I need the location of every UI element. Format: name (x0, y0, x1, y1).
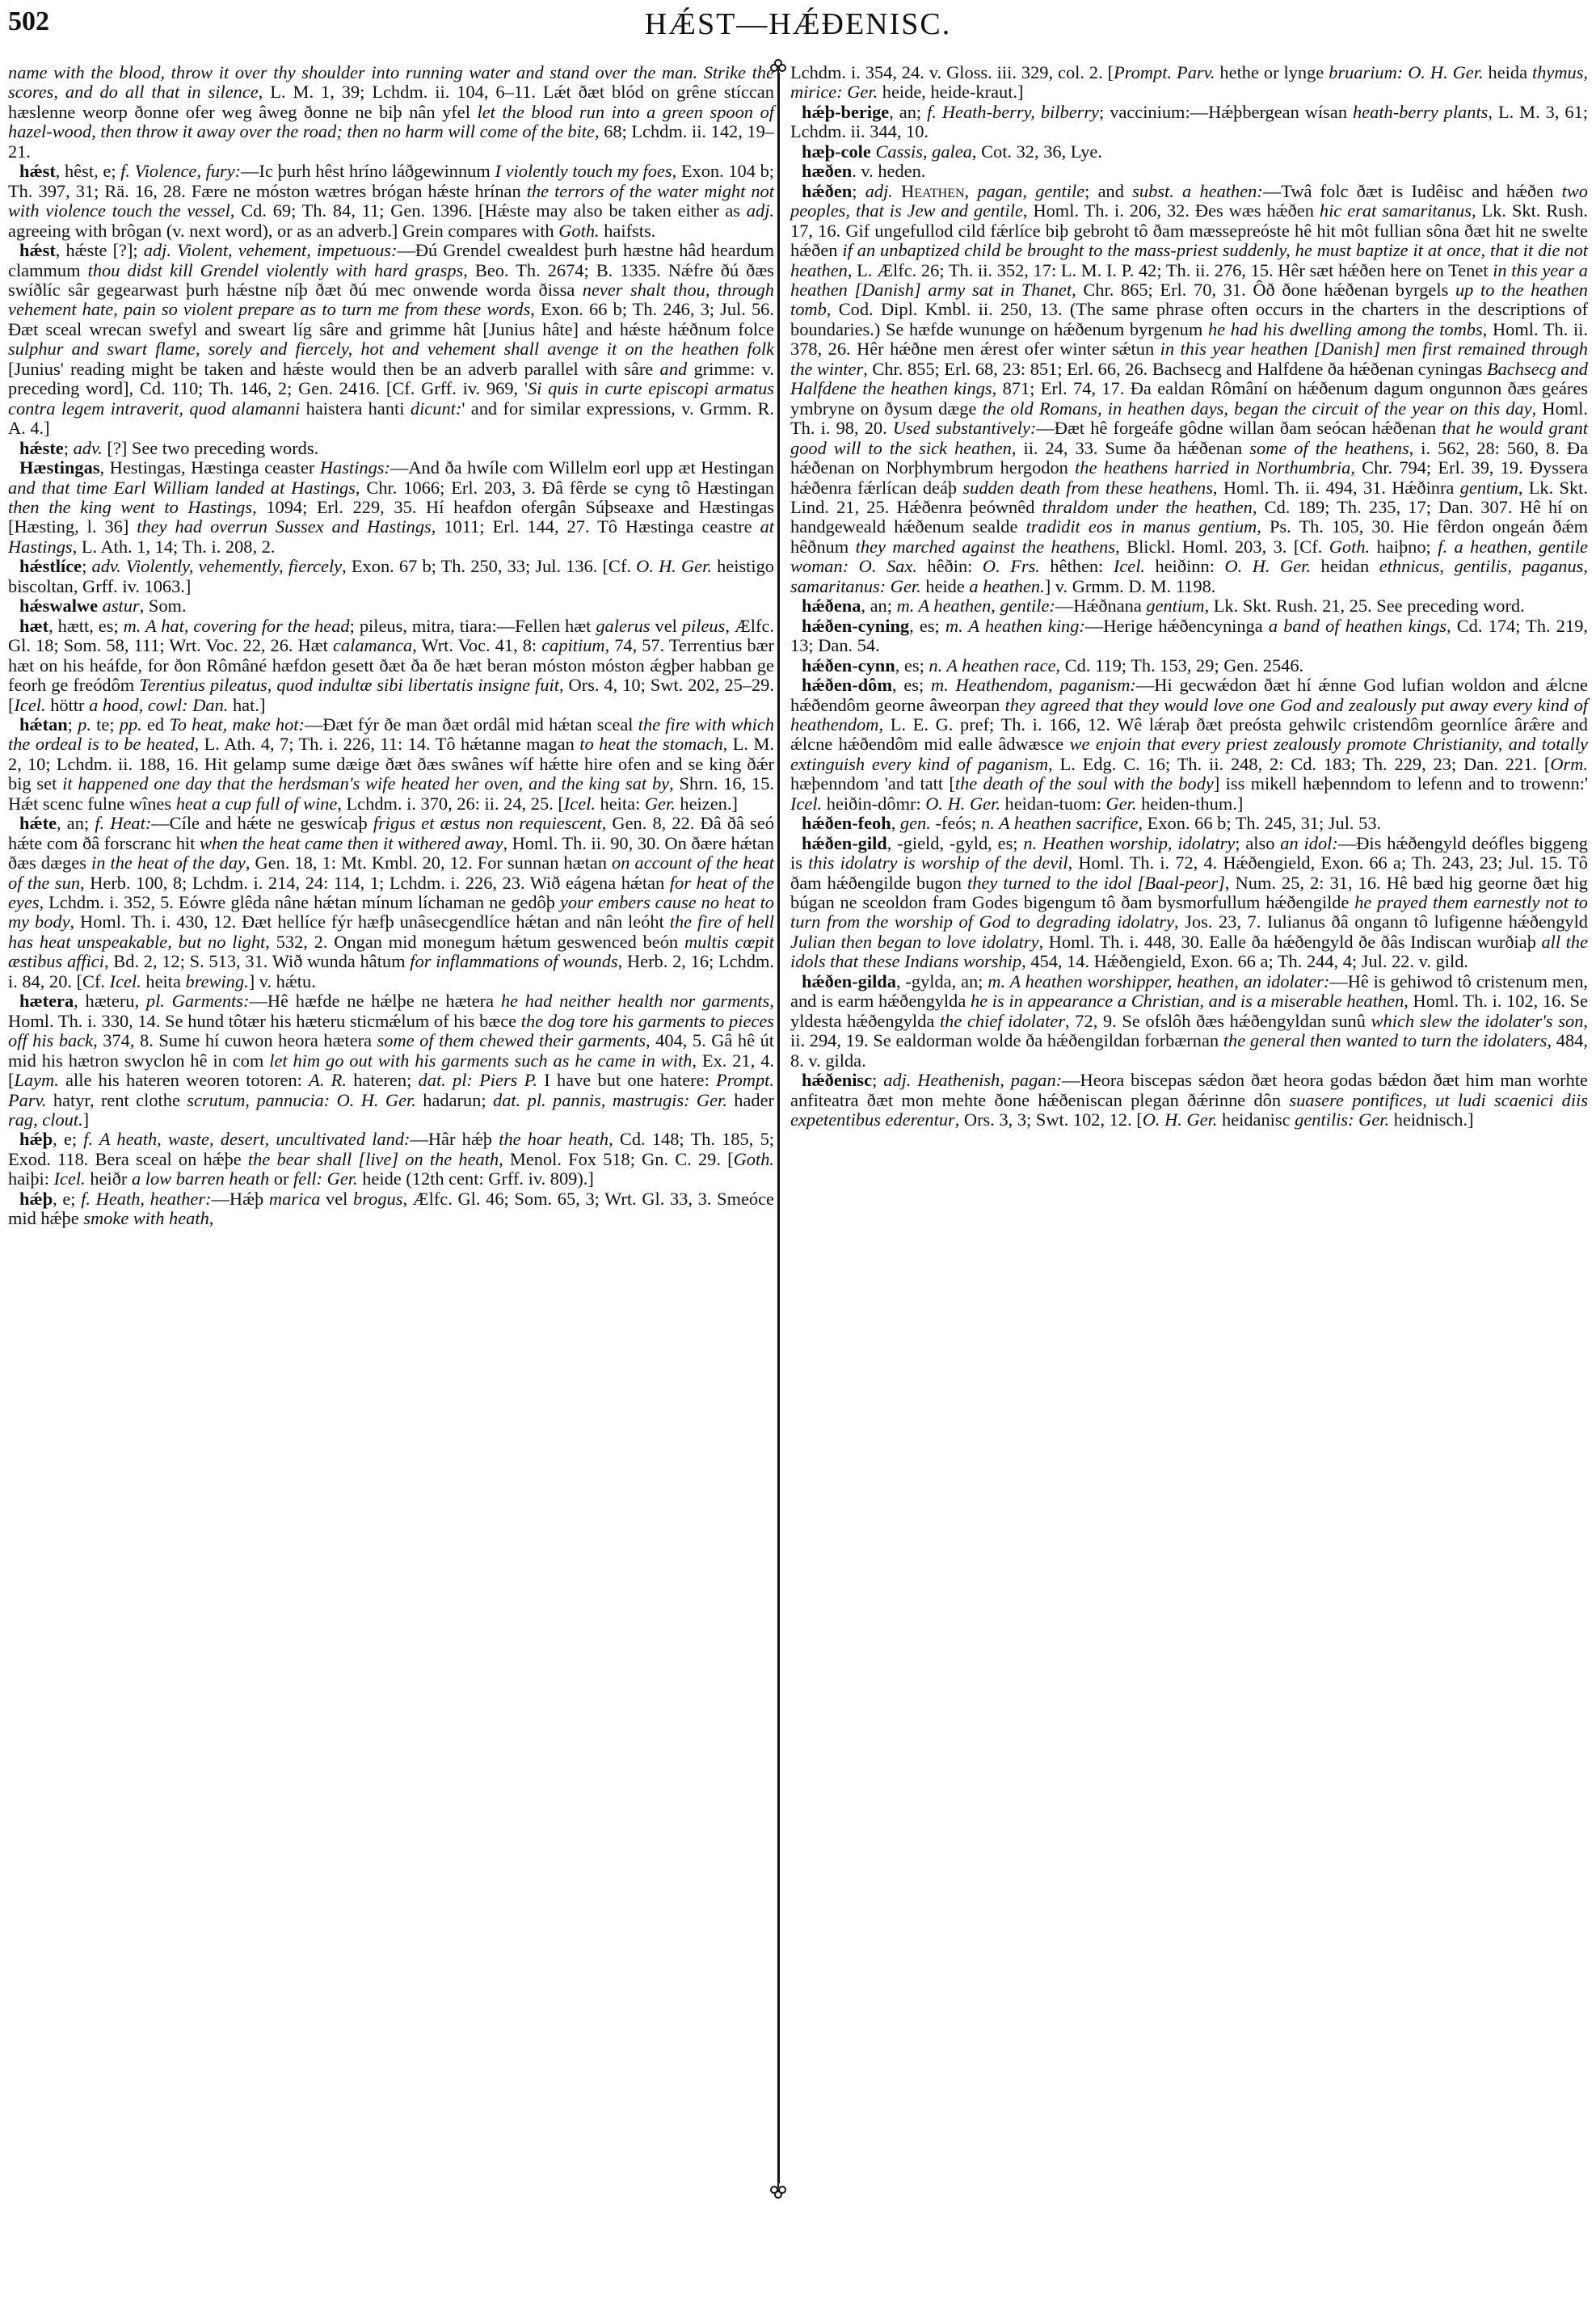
entry-text: ; also (1235, 833, 1280, 853)
gloss-italic: Julian then began to love idolatry (790, 932, 1039, 952)
headword: Hæstingas (19, 457, 100, 478)
entry-text: , Som. (140, 596, 187, 616)
headword: hǽðena (802, 596, 861, 616)
gloss-italic: some of them chewed their garments (377, 1030, 646, 1050)
gloss-italic: adv. Violently, vehemently, fiercely (92, 556, 343, 576)
gloss-italic: Icel. (14, 695, 45, 715)
gloss-italic: Hastings: (320, 457, 390, 478)
gloss-italic: the heathens harried in Northumbria (1075, 457, 1350, 478)
headword: hǽðen (802, 181, 852, 201)
entry-text: haistera hanti (300, 398, 411, 419)
entry-text: , es; (895, 655, 929, 676)
entry-text: ] (83, 1109, 89, 1130)
entry-text: hêðin: (917, 556, 983, 576)
gloss-italic: pagan, gentile (977, 181, 1084, 201)
gloss-italic: gentium (1146, 596, 1204, 616)
dictionary-entry: hǽst, hêst, e; f. Violence, fury:—Ic þur… (8, 162, 774, 241)
entry-text: , es; (892, 675, 931, 695)
gloss-italic: Icel. (110, 971, 141, 991)
gloss-italic: they marched against the heathens (856, 537, 1116, 557)
headword: hǽþ-berige (802, 102, 889, 122)
gloss-italic: to heat the stomach (579, 734, 722, 754)
gloss-italic: thou didst kill Grendel violently with h… (88, 260, 464, 280)
entry-text: , -gylda, an; (896, 971, 987, 991)
entry-text: —Herige hǽðencyninga (1085, 616, 1269, 636)
headword: hǽþ (19, 1189, 53, 1209)
gloss-italic: capitium (541, 635, 604, 655)
headword: hǽðen-feoh (802, 813, 891, 833)
entry-text: ; (82, 556, 91, 576)
gloss-italic: let him go out with his garments such as… (269, 1050, 692, 1071)
gloss-italic: Goth. (558, 221, 599, 241)
gloss-italic: pp. (120, 714, 142, 735)
column-divider (777, 73, 780, 2183)
entry-text: , Blickl. Homl. 203, 3. [Cf. (1115, 537, 1329, 557)
entry-text: heiden-thum.] (1136, 793, 1243, 814)
gloss-italic: Icel. (54, 1168, 86, 1189)
gloss-italic: a band of heathen kings (1269, 616, 1447, 636)
entry-text: hæþenndom 'and tatt [ (790, 773, 955, 793)
entry-text: , Menol. Fox 518; Gn. C. 29. [ (499, 1149, 733, 1169)
gloss-italic: the old Romans, in heathen days, began t… (983, 398, 1532, 419)
gloss-italic: smoke with heath (83, 1208, 208, 1228)
gloss-italic: I violently touch my foes (495, 161, 672, 181)
headword: hǽðen-gild (802, 833, 887, 853)
gloss-italic: dat. pl: Piers P. (419, 1070, 537, 1090)
gloss-italic: adj. (747, 200, 774, 221)
entry-text: heidan (1311, 556, 1379, 576)
entry-text: , Lchdm. i. 370, 26: ii. 24, 25. [ (337, 793, 563, 814)
entry-continuation: Lchdm. i. 354, 24. v. Gloss. iii. 329, c… (790, 63, 1588, 103)
headword: hæðen (802, 161, 852, 181)
gloss-italic: and (660, 359, 688, 379)
gloss-italic: O. H. Ger. (636, 556, 712, 576)
entry-text: ; (68, 714, 78, 735)
gloss-italic: sudden death from these heathens (962, 478, 1213, 498)
gloss-italic: adv. (74, 438, 103, 458)
gloss-italic: Icel. (790, 793, 822, 814)
left-column: name with the blood, throw it over thy s… (8, 63, 774, 1229)
gloss-italic: he is in appearance a Christian, and is … (971, 991, 1404, 1011)
gloss-italic: a hood, cowl: Dan. (89, 695, 228, 715)
gloss-italic: O. H. Ger. (1143, 1109, 1218, 1130)
entry-text: , e; (53, 1189, 81, 1209)
gloss-italic: O. H. Ger. (1224, 556, 1311, 576)
gloss-italic: m. A heathen, gentile: (897, 596, 1055, 616)
dictionary-entry: hǽðena, an; m. A heathen, gentile:—Hǽðna… (790, 596, 1588, 616)
entry-text: , Homl. Th. i. 206, 32. Ðes wæs hǽðen (1023, 200, 1320, 221)
gloss-italic: it happened one day that the herdsman's … (62, 773, 669, 793)
entry-text: or (269, 1168, 293, 1189)
entry-text: , Homl. Th. ii. 494, 31. Hǽðinra (1213, 478, 1460, 498)
entry-text: heiðr (86, 1168, 132, 1189)
dictionary-entry: hæðen. v. heden. (790, 162, 1588, 181)
entry-text: heide, heide-kraut.] (878, 82, 1023, 102)
entry-text: I have but one hatere: (537, 1070, 716, 1090)
entry-text: , (891, 813, 900, 833)
gloss-italic: some of the heathens (1249, 438, 1409, 458)
dictionary-entry: hæt, hætt, es; m. A hat, covering for th… (8, 617, 774, 715)
gloss-italic: he had neither health nor garments (501, 991, 770, 1011)
entry-text: , Hestingas, Hæstinga ceaster (100, 457, 320, 478)
headword: hæt (19, 616, 48, 636)
gloss-italic: for inflammations of wounds (410, 951, 617, 971)
entry-text: heizen.] (676, 793, 738, 814)
gloss-italic: scrutum, pannucia: O. H. Ger. (187, 1090, 416, 1110)
entry-text: ; pileus, mitra, tiara:—Fellen hæt (350, 616, 596, 636)
entry-text: vel (651, 616, 682, 636)
headword: hǽtan (19, 714, 68, 735)
entry-text: , es; (909, 616, 945, 636)
entry-text: , an; (861, 596, 896, 616)
entry-text: heide (921, 576, 970, 596)
gloss-italic: gentilis: Ger. (1295, 1109, 1389, 1130)
entry-text: , 72, 9. Se ofslôh ðæs hǽðengyldan sunû (1065, 1011, 1371, 1031)
gloss-italic: A. R. (309, 1070, 347, 1090)
entry-text: , L. Ath. 1, 14; Th. i. 208, 2. (73, 537, 276, 557)
entry-text: , (209, 1208, 214, 1228)
entry-text: , hætt, es; (48, 616, 124, 636)
entry-text: ; (872, 1070, 883, 1090)
entry-text: , -gield, -gyld, es; (887, 833, 1024, 853)
gloss-italic: m. Heathendom, paganism: (931, 675, 1136, 695)
entry-text: hader (727, 1090, 774, 1110)
entry-text: , Chr. 855; Erl. 68, 23: 851; Erl. 66, 2… (863, 359, 1487, 379)
entry-text: heita: (596, 793, 645, 814)
headword: hǽðenisc (802, 1070, 872, 1090)
entry-text: ] v. hǽtu. (249, 971, 316, 991)
headword: hǽðen-cyning (802, 616, 909, 636)
gloss-italic: then the king went to Hastings (8, 497, 252, 517)
gloss-italic: O. H. Ger. (925, 793, 1000, 814)
gloss-italic: gen. (900, 813, 931, 833)
dictionary-entry: hǽtan; p. te; pp. ed To heat, make hot:—… (8, 715, 774, 814)
gloss-italic: To heat, make hot: (169, 714, 305, 735)
entry-text: Lchdm. i. 354, 24. v. Gloss. iii. 329, c… (790, 62, 1114, 82)
entry-text: —Cíle and hǽte ne geswícaþ (151, 813, 373, 833)
entry-text: , Exon. 67 b; Th. 250, 33; Jul. 136. [Cf… (342, 556, 636, 576)
entry-text: haifsts. (600, 221, 656, 241)
entry-text: , 374, 8. Sume hí cuwon heora hætera (93, 1030, 377, 1050)
entry-text: ed (142, 714, 170, 735)
gloss-italic: marica (269, 1189, 320, 1209)
dictionary-entry: hǽst, hǽste [?]; adj. Violent, vehement,… (8, 241, 774, 439)
gloss-italic: hic erat samaritanus (1320, 200, 1472, 221)
small-caps-text: Heathen (901, 181, 964, 201)
entry-text: [Junius' reading might be taken and hǽst… (8, 359, 660, 379)
headword: hǽst (19, 240, 56, 260)
dictionary-entry: hæþ-cole Cassis, galea, Cot. 32, 36, Lye… (790, 142, 1588, 162)
gloss-italic: Goth. (734, 1149, 774, 1169)
entry-text: , an; (57, 813, 95, 833)
gloss-italic: fell: Ger. (293, 1168, 358, 1189)
gloss-italic: tradidit eos in manus gentium (1026, 516, 1257, 537)
headword: hǽte (19, 813, 57, 833)
entry-text: , hêst, e; (56, 161, 120, 181)
entry-text: , hǽste [?]; (56, 240, 144, 260)
entry-text: , hæteru, (74, 991, 146, 1011)
entry-text: , an; (889, 102, 927, 122)
dictionary-entry: hǽðen; adj. Heathen, pagan, gentile; and… (790, 182, 1588, 597)
entry-text: ; vaccinium:—Hǽþbergean wísan (1099, 102, 1353, 122)
gloss-italic: n. A heathen race (929, 655, 1055, 676)
dictionary-entry: hǽþ, e; f. A heath, waste, desert, uncul… (8, 1130, 774, 1189)
entry-text: —Ðæt fýr ðe man ðæt ordâl mid hǽtan scea… (305, 714, 638, 735)
trefoil-ornament-icon (769, 2182, 787, 2199)
headword: hǽste (19, 438, 64, 458)
entry-text: höttr (46, 695, 89, 715)
entry-text: —Ic þurh hêst hríno láðgewinnum (241, 161, 495, 181)
entry-text: heide (12th cent: Grff. iv. 809).] (358, 1168, 594, 1189)
entry-text: , Chr. 865; Erl. 70, 31. Ôð ðone hǽðenan… (1072, 280, 1455, 300)
gloss-italic: in the heat of the day (91, 852, 246, 873)
dictionary-entry: hǽþ, e; f. Heath, heather:—Hǽþ marica ve… (8, 1189, 774, 1229)
gloss-italic: adj. (865, 181, 893, 201)
gloss-italic: dicunt: (411, 398, 461, 419)
entry-text: agreeing with brôgan (v. next word), or … (8, 221, 558, 241)
entry-text: hêthen: (1040, 556, 1114, 576)
entry-text: vel (320, 1189, 353, 1209)
gloss-italic: galerus (596, 616, 650, 636)
gloss-italic: when the heat came then it withered away (200, 833, 503, 853)
gloss-italic: f. A heath, waste, desert, uncultivated … (83, 1129, 410, 1149)
running-head: HǼST—HǼÐENISC. (0, 6, 1596, 42)
gloss-italic: adj. Violent, vehement, impetuous: (144, 240, 398, 260)
gloss-italic: f. Heath, heather: (81, 1189, 211, 1209)
entry-text: [?] See two preceding words. (103, 438, 318, 458)
entry-text: , L. Ælfc. 26; Th. ii. 352, 17: L. M. I.… (848, 260, 1493, 280)
gloss-italic: he had his dwelling among the tombs (1208, 319, 1483, 339)
entry-text: , Homl. Th. i. 448, 30. Ealle ða hǽðengy… (1039, 932, 1542, 952)
gloss-italic: O. Frs. (983, 556, 1040, 576)
entry-text: -feós; (931, 813, 981, 833)
dictionary-entry: hǽðen-gilda, -gylda, an; m. A heathen wo… (790, 972, 1588, 1071)
dictionary-entry: hǽðen-feoh, gen. -feós; n. A heathen sac… (790, 814, 1588, 833)
headword: hǽst (19, 161, 56, 181)
dictionary-entry: hǽðenisc; adj. Heathenish, pagan:—Heora … (790, 1071, 1588, 1130)
entry-text: heida (1484, 62, 1532, 82)
gloss-italic: f. Heath-berry, bilberry (927, 102, 1099, 122)
entry-text: heiðin-dômr: (822, 793, 925, 814)
entry-text: , Chr. 1066; Erl. 203, 3. Ðâ fêrde se cy… (356, 478, 774, 498)
entry-text: te; (91, 714, 120, 735)
gloss-italic: bruarium: O. H. Ger. (1329, 62, 1483, 82)
entry-text: , Herb. 100, 8; Lchdm. i. 214, 24: 114, … (80, 873, 670, 893)
gloss-italic: thraldom under the heathen (1042, 497, 1253, 517)
entry-text: —Hǽðnana (1055, 596, 1147, 616)
dictionary-entry: hǽte, an; f. Heat:—Cíle and hǽte ne gesw… (8, 814, 774, 991)
gloss-italic: subst. a heathen: (1132, 181, 1263, 201)
entry-text: , Homl. Th. i. 430, 12. Ðæt hellíce fýr … (70, 911, 670, 932)
gloss-italic: n. Heathen worship, idolatry (1023, 833, 1235, 853)
entry-text: , Cd. 119; Th. 153, 29; Gen. 2546. (1056, 655, 1304, 676)
gloss-italic: the hoar heath (499, 1129, 609, 1149)
dictionary-entry: Hæstingas, Hestingas, Hæstinga ceaster H… (8, 458, 774, 557)
entry-text: . v. heden. (852, 161, 925, 181)
entry-text: , Bd. 2, 12; S. 513, 31. Wið wunda hâtum (104, 951, 410, 971)
gloss-italic: a heathen. (969, 576, 1044, 596)
right-column: Lchdm. i. 354, 24. v. Gloss. iii. 329, c… (790, 63, 1588, 1130)
headword: hǽþ (19, 1129, 53, 1149)
gloss-italic: Used substantively: (893, 418, 1037, 438)
gloss-italic: a low barren heath (132, 1168, 269, 1189)
trefoil-ornament-icon (769, 58, 787, 76)
entry-text: , (965, 181, 978, 201)
gloss-italic: adj. Heathenish, pagan: (883, 1070, 1062, 1090)
entry-text (893, 181, 901, 201)
entry-text: hatyr, rent clothe (46, 1090, 187, 1110)
entry-text: —Twâ folc ðæt is Iudêisc and hǽðen (1263, 181, 1562, 201)
entry-text: heidnisch.] (1389, 1109, 1473, 1130)
entry-text: , Wrt. Voc. 41, 8: (412, 635, 541, 655)
gloss-italic: m. A heathen worshipper, heathen, an ido… (987, 971, 1329, 991)
gloss-italic: m. A hat, covering for the head (124, 616, 350, 636)
entry-text: heidanisc (1217, 1109, 1295, 1130)
headword: hǽðen-cynn (802, 655, 895, 676)
headword: hætera (19, 991, 74, 1011)
gloss-italic: this idolatry is worship of the devil (808, 852, 1068, 873)
gloss-italic: frigus et æstus non requiescent (373, 813, 602, 833)
gloss-italic: they had overrun Sussex and Hastings (137, 516, 432, 537)
dictionary-entry: hǽstlíce; adv. Violently, vehemently, fi… (8, 557, 774, 596)
entry-text: haiþno; (1370, 537, 1438, 557)
entry-text: , Jos. 23, 7. Iulianus ðâ ongann tô lufi… (1174, 911, 1588, 932)
dictionary-entry: hǽste; adv. [?] See two preceding words. (8, 439, 774, 458)
entry-text: ; (64, 438, 74, 458)
entry-text: , 454, 14. Hǽðengield, Exon. 66 a; Th. 2… (1021, 951, 1468, 971)
gloss-italic: and that time Earl William landed at Has… (8, 478, 356, 498)
gloss-italic: Orm. (1550, 754, 1588, 774)
entry-text: —Hǽþ (212, 1189, 269, 1209)
gloss-italic: the death of the soul with the body (955, 773, 1214, 793)
entry-text: —Hâr hǽþ (411, 1129, 499, 1149)
entry-text: —Hê hæfde ne hǽlþe ne hætera (249, 991, 500, 1011)
gloss-italic: Ger. (1106, 793, 1137, 814)
dictionary-entry: hǽðen-cyning, es; m. A heathen king:—Her… (790, 617, 1588, 656)
entry-text: , 532, 2. Ongan mid monegum hǽtum geswen… (265, 932, 684, 952)
headword: hæþ-cole (802, 141, 871, 162)
gloss-italic: brewing. (186, 971, 249, 991)
gloss-italic: which slew the idolater's son (1371, 1011, 1584, 1031)
gloss-italic: brogus (353, 1189, 402, 1209)
gloss-italic: heath-berry plants (1353, 102, 1488, 122)
entry-text: heidan-tuom: (1000, 793, 1106, 814)
gloss-italic: Ger. (645, 793, 676, 814)
headword: hǽswalwe (19, 596, 98, 616)
gloss-italic: an idol: (1280, 833, 1338, 853)
gloss-italic: Icel. (564, 793, 596, 814)
gloss-italic: n. A heathen sacrifice (981, 813, 1138, 833)
gloss-italic: gentium (1460, 478, 1518, 498)
gloss-italic: p. (78, 714, 91, 735)
gloss-italic: Terentius pileatus, quod indultæ sibi li… (139, 675, 559, 695)
gloss-italic: pileus (682, 616, 725, 636)
gloss-italic: the bear shall [live] on the heath (248, 1149, 499, 1169)
headword: hǽðen-dôm (802, 675, 892, 695)
entry-text: alle his hateren weoren totoren: (59, 1070, 309, 1090)
dictionary-entry: hætera, hæteru, pl. Garments:—Hê hæfde n… (8, 991, 774, 1130)
gloss-italic: Laym. (14, 1070, 58, 1090)
dictionary-entry: hǽðen-dôm, es; m. Heathendom, paganism:—… (790, 676, 1588, 814)
dictionary-entry: hǽswalwe astur, Som. (8, 596, 774, 616)
entry-text: hadarun; (416, 1090, 493, 1110)
gloss-italic: sulphur and swart flame, sorely and fier… (8, 339, 774, 359)
entry-text: ; (852, 181, 865, 201)
entry-text: , Gen. 18, 1: Mt. Kmbl. 20, 12. For sunn… (246, 852, 612, 873)
entry-text: ] v. Grmm. D. M. 1198. (1045, 576, 1216, 596)
gloss-italic: f. Violence, fury: (120, 161, 241, 181)
entry-text: —And ða hwíle com Willelm eorl upp æt He… (390, 457, 774, 478)
entry-text: heiðinn: (1145, 556, 1224, 576)
entry-text: , 1011; Erl. 144, 27. Tô Hæstinga ceastr… (432, 516, 760, 537)
entry-text: ; and (1084, 181, 1132, 201)
gloss-italic: Prompt. Parv. (1114, 62, 1215, 82)
entry-text: ] iss mikell hæþenndom to lefenn and to … (1214, 773, 1588, 793)
headword: hǽstlíce (19, 556, 82, 576)
entry-text: , L. Edg. C. 16; Th. ii. 248, 2: Cd. 183… (1048, 754, 1550, 774)
gloss-italic: astur (103, 596, 140, 616)
gloss-italic: heat a cup full of wine (176, 793, 338, 814)
dictionary-entry: hǽþ-berige, an; f. Heath-berry, bilberry… (790, 103, 1588, 142)
entry-text: heita (141, 971, 186, 991)
gloss-italic: m. A heathen king: (945, 616, 1085, 636)
headword: hǽðen-gilda (802, 971, 896, 991)
dictionary-entry: hǽðen-gild, -gield, -gyld, es; n. Heathe… (790, 834, 1588, 972)
entry-continuation: name with the blood, throw it over thy s… (8, 63, 774, 162)
gloss-italic: the chief idolater (940, 1011, 1065, 1031)
gloss-italic: rag, clout. (8, 1109, 83, 1130)
entry-text: , Ors. 3, 3; Swt. 102, 12. [ (955, 1109, 1143, 1130)
gloss-italic: Cassis, galea (875, 141, 971, 162)
gloss-italic: dat. pl. pannis, mastrugis: Ger. (493, 1090, 727, 1110)
entry-text: , Exon. 66 b; Th. 245, 31; Jul. 53. (1138, 813, 1381, 833)
entry-text: , L. Ath. 4, 7; Th. i. 226, 11: 14. Tô h… (195, 734, 580, 754)
entry-text: —Ðæt hê forgeáfe gôdne willan ðam seócan… (1036, 418, 1442, 438)
entry-text: , Lk. Skt. Rush. 21, 25. See preceding w… (1205, 596, 1525, 616)
entry-text: , Cot. 32, 36, Lye. (972, 141, 1102, 162)
gloss-italic: f. Heat: (95, 813, 151, 833)
entry-text: hat.] (228, 695, 265, 715)
gloss-italic: they turned to the idol [Baal-peor] (967, 873, 1225, 893)
entry-text: , e; (53, 1129, 83, 1149)
gloss-italic: Goth. (1329, 537, 1370, 557)
entry-text: , ii. 24, 33. Sume ða hǽðenan (1012, 438, 1249, 458)
entry-text: , Lchdm. i. 352, 5. Eówre glêda nâne hǽt… (40, 892, 560, 912)
gloss-italic: Icel. (1114, 556, 1145, 576)
entry-text: , Cd. 69; Th. 84, 11; Gen. 1396. [Hǽste … (230, 200, 747, 221)
dictionary-entry: hǽðen-cynn, es; n. A heathen race, Cd. 1… (790, 656, 1588, 676)
gloss-italic: pl. Garments: (146, 991, 250, 1011)
gloss-italic: the general then wanted to turn the idol… (1223, 1030, 1548, 1050)
entry-text: hethe or lynge (1215, 62, 1329, 82)
gloss-italic: calamanca (333, 635, 412, 655)
entry-text: haiþi: (8, 1168, 54, 1189)
entry-text: hateren; (347, 1070, 419, 1090)
